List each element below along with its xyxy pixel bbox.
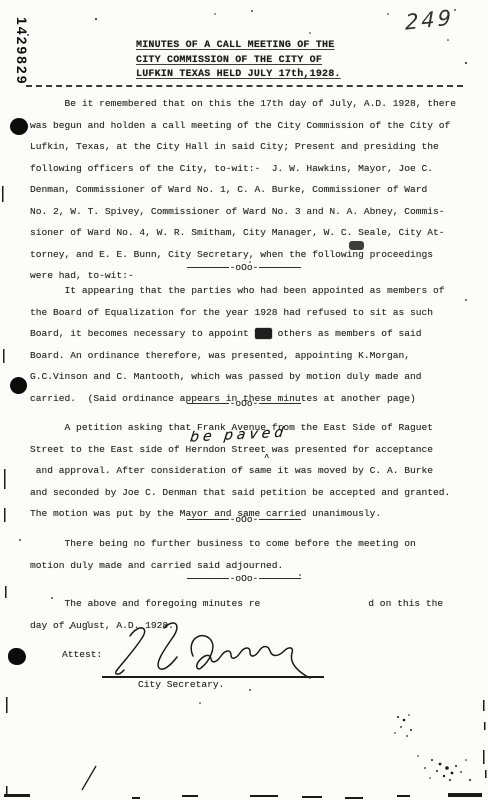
dashed-rule [26, 85, 463, 87]
scanned-minutes-page: 1429829 249 MINUTES OF A CALL MEETING OF… [0, 0, 488, 800]
section-divider: -oOo- [0, 512, 488, 526]
text-line: following officers of the City, to-wit:-… [30, 158, 468, 180]
section-divider: -oOo- [0, 571, 488, 585]
text-line: No. 2, W. T. Spivey, Commissioner of War… [30, 201, 468, 223]
divider-line [259, 519, 301, 520]
title-line: LUFKIN TEXAS HELD JULY 17th,1928. [136, 68, 341, 83]
paragraph-opening: Be it remembered that on this the 17th d… [30, 93, 468, 287]
signature-line [102, 676, 324, 678]
paragraph-adjournment: There being no further business to come … [30, 533, 468, 576]
hole-punch-dot [10, 118, 28, 135]
text-segment: The above and foregoing minutes re [30, 598, 260, 609]
divider-line [187, 519, 229, 520]
divider-label: -oOo- [229, 514, 260, 525]
section-divider: -oOo- [0, 260, 488, 274]
handwritten-page-number: 249 [405, 5, 454, 34]
divider-line [259, 267, 301, 268]
text-line: Be it remembered that on this the 17th d… [30, 93, 468, 115]
divider-line [187, 267, 229, 268]
attest-label: Attest: [62, 649, 102, 660]
text-segment: Board, it becomes necessary to appoint [30, 328, 255, 339]
divider-label: -oOo- [229, 398, 260, 409]
struck-out-word: xxx [255, 328, 272, 339]
divider-label: -oOo- [229, 573, 260, 584]
hole-punch-dot [8, 375, 29, 396]
text-segment: d on this the [368, 598, 443, 609]
divider-line [259, 403, 301, 404]
hole-punch-dot [8, 648, 26, 665]
text-line: and seconded by Joe C. Denman that said … [30, 482, 468, 504]
text-line: was begun and holden a call meeting of t… [30, 115, 468, 137]
divider-label: -oOo- [229, 262, 260, 273]
divider-line [259, 578, 301, 579]
text-line: Denman, Commissioner of Ward No. 1, C. A… [30, 179, 468, 201]
text-line: sioner of Ward No. 4, W. R. Smitham, Cit… [30, 222, 468, 244]
title-line: CITY COMMISSION OF THE CITY OF [136, 54, 341, 69]
text-line: G.C.Vinson and C. Mantooth, which was pa… [30, 366, 468, 388]
margin-ledger-number: 1429829 [14, 17, 30, 86]
signature-title: City Secretary. [138, 679, 224, 690]
text-line: Lufkin, Texas, at the City Hall in said … [30, 136, 468, 158]
text-line: Board. An ordinance therefore, was prese… [30, 345, 468, 367]
divider-line [187, 403, 229, 404]
document-title: MINUTES OF A CALL MEETING OF THE CITY CO… [136, 39, 341, 83]
text-line: Board, it becomes necessary to appoint x… [30, 323, 468, 345]
text-line: and approval. After consideration of sam… [30, 460, 468, 482]
text-line: There being no further business to come … [30, 533, 468, 555]
handwritten-insertion: be paved [189, 422, 289, 449]
divider-line [187, 578, 229, 579]
text-line: the Board of Equalization for the year 1… [30, 302, 468, 324]
section-divider: -oOo- [0, 396, 488, 410]
signature [98, 618, 316, 684]
text-line: The above and foregoing minutes red on t… [30, 593, 468, 615]
paragraph-board-of-equalization: It appearing that the parties who had be… [30, 280, 468, 409]
title-line: MINUTES OF A CALL MEETING OF THE [136, 39, 341, 54]
text-line: It appearing that the parties who had be… [30, 280, 468, 302]
text-line: Street to the East side of Herndon Stree… [30, 439, 468, 461]
ink-smudge [349, 241, 364, 250]
paragraph-petition: A petition asking that Frank Avenue from… [30, 417, 468, 525]
text-segment: others as members of said [272, 328, 422, 339]
